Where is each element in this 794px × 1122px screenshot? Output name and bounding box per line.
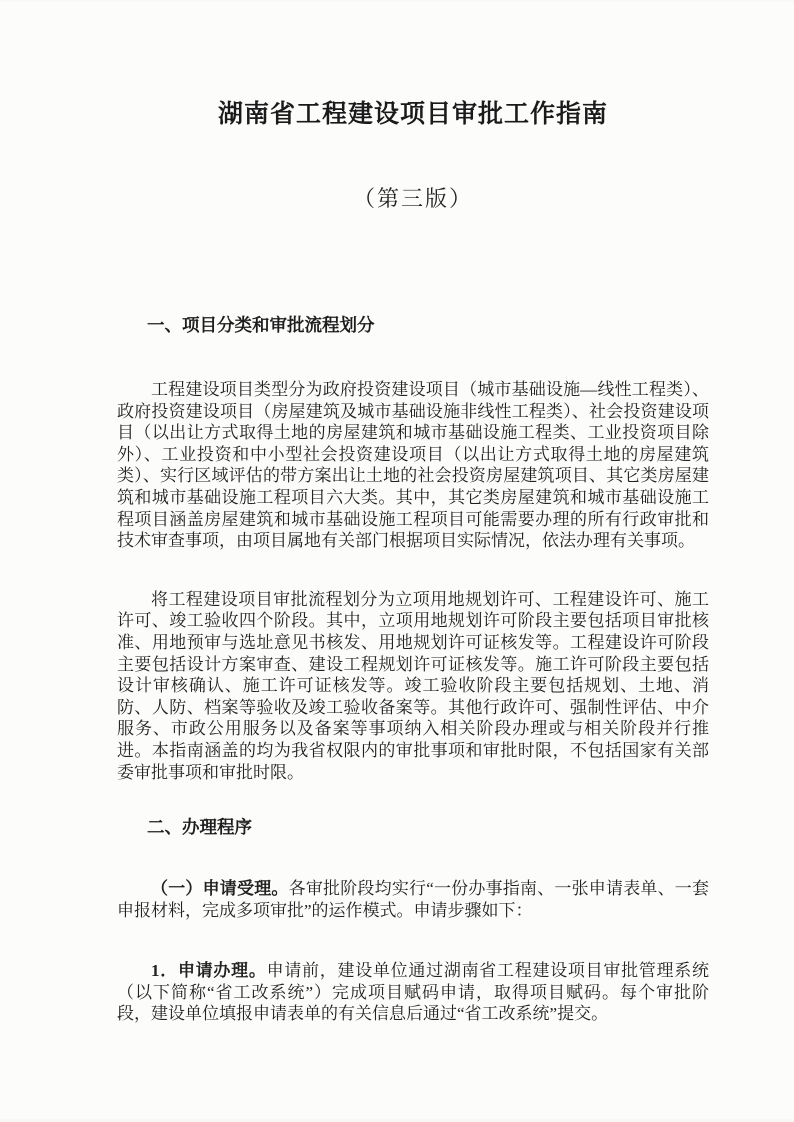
document-title: 湖南省工程建设项目审批工作指南	[117, 98, 709, 132]
paragraph-lead: 1．申请办理。	[151, 961, 267, 980]
paragraph-project-types: 工程建设项目类型分为政府投资建设项目（城市基础设施—线性工程类）、政府投资建设项…	[117, 379, 709, 552]
section-heading-2: 二、办理程序	[117, 816, 709, 839]
paragraph-application-handling: 1．申请办理。申请前，建设单位通过湖南省工程建设项目审批管理系统（以下简称“省工…	[117, 960, 709, 1025]
document-content: 湖南省工程建设项目审批工作指南 （第三版） 一、项目分类和审批流程划分 工程建设…	[117, 98, 709, 1025]
paragraph-text: 工程建设项目类型分为政府投资建设项目（城市基础设施—线性工程类）、政府投资建设项…	[117, 380, 709, 550]
paragraph-approval-stages: 将工程建设项目审批流程划分为立项用地规划许可、工程建设许可、施工许可、竣工验收四…	[117, 589, 709, 783]
section-heading-1: 一、项目分类和审批流程划分	[117, 314, 709, 337]
document-edition-subtitle: （第三版）	[117, 184, 709, 214]
paragraph-text: 将工程建设项目审批流程划分为立项用地规划许可、工程建设许可、施工许可、竣工验收四…	[117, 590, 709, 782]
paragraph-lead: （一）申请受理。	[151, 879, 289, 898]
paragraph-application-acceptance: （一）申请受理。各审批阶段均实行“一份办事指南、一张申请表单、一套申报材料，完成…	[117, 878, 709, 921]
document-page: 湖南省工程建设项目审批工作指南 （第三版） 一、项目分类和审批流程划分 工程建设…	[0, 0, 794, 1122]
